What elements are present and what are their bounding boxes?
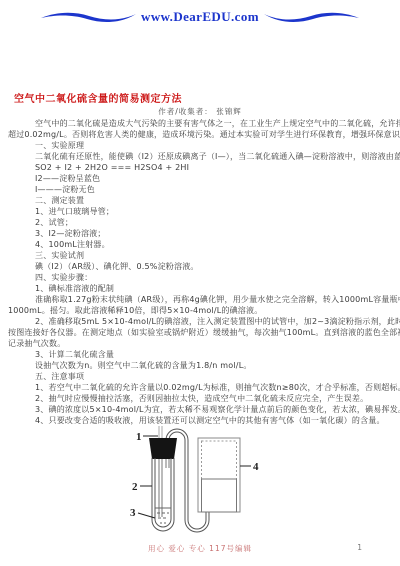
header-swoosh-right-icon [264, 9, 359, 25]
diagram-label-2: 2 [132, 481, 138, 493]
test-tube-icon [152, 458, 174, 531]
text-line: 3、碘的浓度以5×10-4mol/L为宜，若太稀不易观察化学计量点前后的颜色变化… [8, 404, 394, 415]
text-line: 1、碘标准溶液的配制 [8, 283, 394, 294]
site-brand: www.DearEDU.com [141, 9, 259, 25]
text-line: 三、实验试剂 [8, 250, 394, 261]
solution-liquid-icon [155, 508, 171, 523]
page-title: 空气中二氧化硫含量的简易测定方法 [14, 90, 182, 105]
text-line: 记录抽气次数。 [8, 338, 394, 349]
text-line: 1、进气口玻璃导管； [8, 206, 394, 217]
text-line: 3、I2—淀粉溶液； [8, 228, 394, 239]
text-line: 二、测定装置 [8, 195, 394, 206]
text-line: 2、试管； [8, 217, 394, 228]
text-line: 3、计算二氧化硫含量 [8, 349, 394, 360]
text-line: 1000mL。摇匀。取此溶液稀释10倍，即得5×10-4mol/L的碘溶液。 [8, 305, 394, 316]
text-line: 超过0.02mg/L。否则将危害人类的健康，造成环境污染。通过本实验可对学生进行… [8, 129, 394, 140]
text-line: I2——淀粉呈蓝色 [8, 173, 394, 184]
diagram-label-3: 3 [130, 507, 136, 519]
text-line: 1、若空气中二氧化硫的允许含量以0.02mg/L为标准，则抽气次数n≥80次，才… [8, 382, 394, 393]
text-line: 二氧化硫有还原性，能使碘（I2）还原成碘离子（I—），当二氧化硫通入碘—淀粉溶液… [8, 151, 394, 162]
text-line: 空气中的二氧化硫是造成大气污染的主要有害气体之一，在工业生产上规定空气中的二氧化… [8, 118, 394, 129]
diagram-label-4: 4 [253, 461, 259, 473]
text-line: 五、注意事项 [8, 371, 394, 382]
page-number: 1 [357, 543, 362, 552]
text-line: 按图连接好各仪器。在测定地点（如实验室或锅炉附近）缓缓抽气，每次抽气100mL。… [8, 327, 394, 338]
text-line: 一、实验原理 [8, 140, 394, 151]
text-line: 2、抽气时应慢慢抽拉活塞，否则因抽拉太快，造成空气中二氧化硫未反应完全，产生误差… [8, 393, 394, 404]
site-header: www.DearEDU.com [0, 6, 400, 28]
text-line: I———淀粉无色 [8, 184, 394, 195]
body-text: 空气中的二氧化硫是造成大气污染的主要有害气体之一，在工业生产上规定空气中的二氧化… [8, 118, 394, 426]
text-line: 2、准确移取5mL 5×10-4mol/L的碘溶液，注入测定装置图中的试管中，加… [8, 316, 394, 327]
text-line: 四、实验步骤： [8, 272, 394, 283]
text-line: SO2 + I2 + 2H2O === H2SO4 + 2HI [8, 162, 394, 173]
inlet-tube-icon [159, 426, 162, 439]
header-swoosh-left-icon [41, 9, 136, 25]
apparatus-diagram: 1 2 3 4 [128, 424, 268, 538]
document-page: www.DearEDU.com 空气中二氧化硫含量的简易测定方法 作者/收集者：… [0, 0, 400, 566]
text-line: 准确称取1.27g粉末状纯碘（AR级），再称4g碘化钾，用少量水使之完全溶解，转… [8, 294, 394, 305]
rubber-stopper-icon [149, 438, 177, 459]
author-byline: 作者/收集者： 张锦辉 [0, 106, 400, 117]
syringe-icon [198, 438, 240, 512]
diagram-label-1: 1 [136, 431, 142, 443]
text-line: 设抽气次数为n。则空气中二氧化硫的含量为1.8/n mol/L。 [8, 360, 394, 371]
text-line: 碘（I2）（AR级）、碘化钾、0.5%淀粉溶液。 [8, 261, 394, 272]
footer-motto: 用心 爱心 专心 117号编辑 [0, 543, 400, 554]
text-line: 4、100mL注射器。 [8, 239, 394, 250]
